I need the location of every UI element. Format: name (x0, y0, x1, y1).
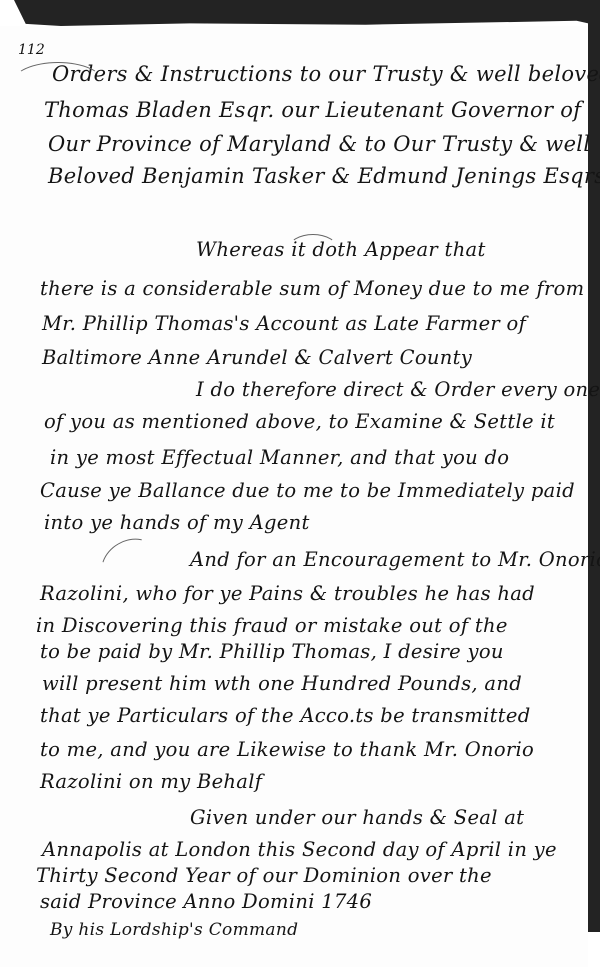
flourish-decoration (288, 234, 338, 264)
heading-line-4: Beloved Benjamin Tasker & Edmund Jenings… (48, 164, 600, 188)
body-line-5: I do therefore direct & Order every one (196, 378, 600, 401)
flourish-decoration (12, 62, 104, 104)
body-line-10: And for an Encouragement to Mr. Onorio (190, 548, 600, 571)
heading-line-1: Orders & Instructions to our Trusty & we… (52, 62, 600, 86)
folio-number: 112 (18, 42, 45, 58)
heading-line-2: Thomas Bladen Esqr. our Lieutenant Gover… (44, 98, 581, 122)
body-line-6: of you as mentioned above, to Examine & … (44, 410, 555, 433)
body-line-13: to be paid by Mr. Phillip Thomas, I desi… (40, 640, 504, 663)
body-line-20: Thirty Second Year of our Dominion over … (36, 864, 492, 887)
signature-line: By his Lordship's Command (50, 920, 298, 940)
body-line-14: will present him wth one Hundred Pounds,… (42, 672, 522, 695)
body-line-1: Whereas it doth Appear that (196, 238, 486, 261)
body-line-12: in Discovering this fraud or mistake out… (36, 614, 508, 637)
body-line-21: said Province Anno Domini 1746 (40, 890, 372, 913)
body-line-17: Razolini on my Behalf (40, 770, 262, 793)
body-line-19: Annapolis at London this Second day of A… (42, 838, 557, 861)
heading-line-3: Our Province of Maryland & to Our Trusty… (48, 132, 590, 156)
body-line-3: Mr. Phillip Thomas's Account as Late Far… (42, 312, 526, 335)
scan-border-top (14, 0, 600, 26)
body-line-18: Given under our hands & Seal at (190, 806, 524, 829)
body-line-4: Baltimore Anne Arundel & Calvert County (42, 346, 472, 369)
body-line-2: there is a considerable sum of Money due… (40, 277, 584, 300)
body-line-9: into ye hands of my Agent (44, 511, 310, 534)
body-line-7: in ye most Effectual Manner, and that yo… (50, 446, 509, 469)
body-line-15: that ye Particulars of the Acco.ts be tr… (40, 704, 531, 727)
body-line-8: Cause ye Ballance due to me to be Immedi… (40, 479, 575, 502)
body-line-16: to me, and you are Likewise to thank Mr.… (40, 738, 534, 761)
